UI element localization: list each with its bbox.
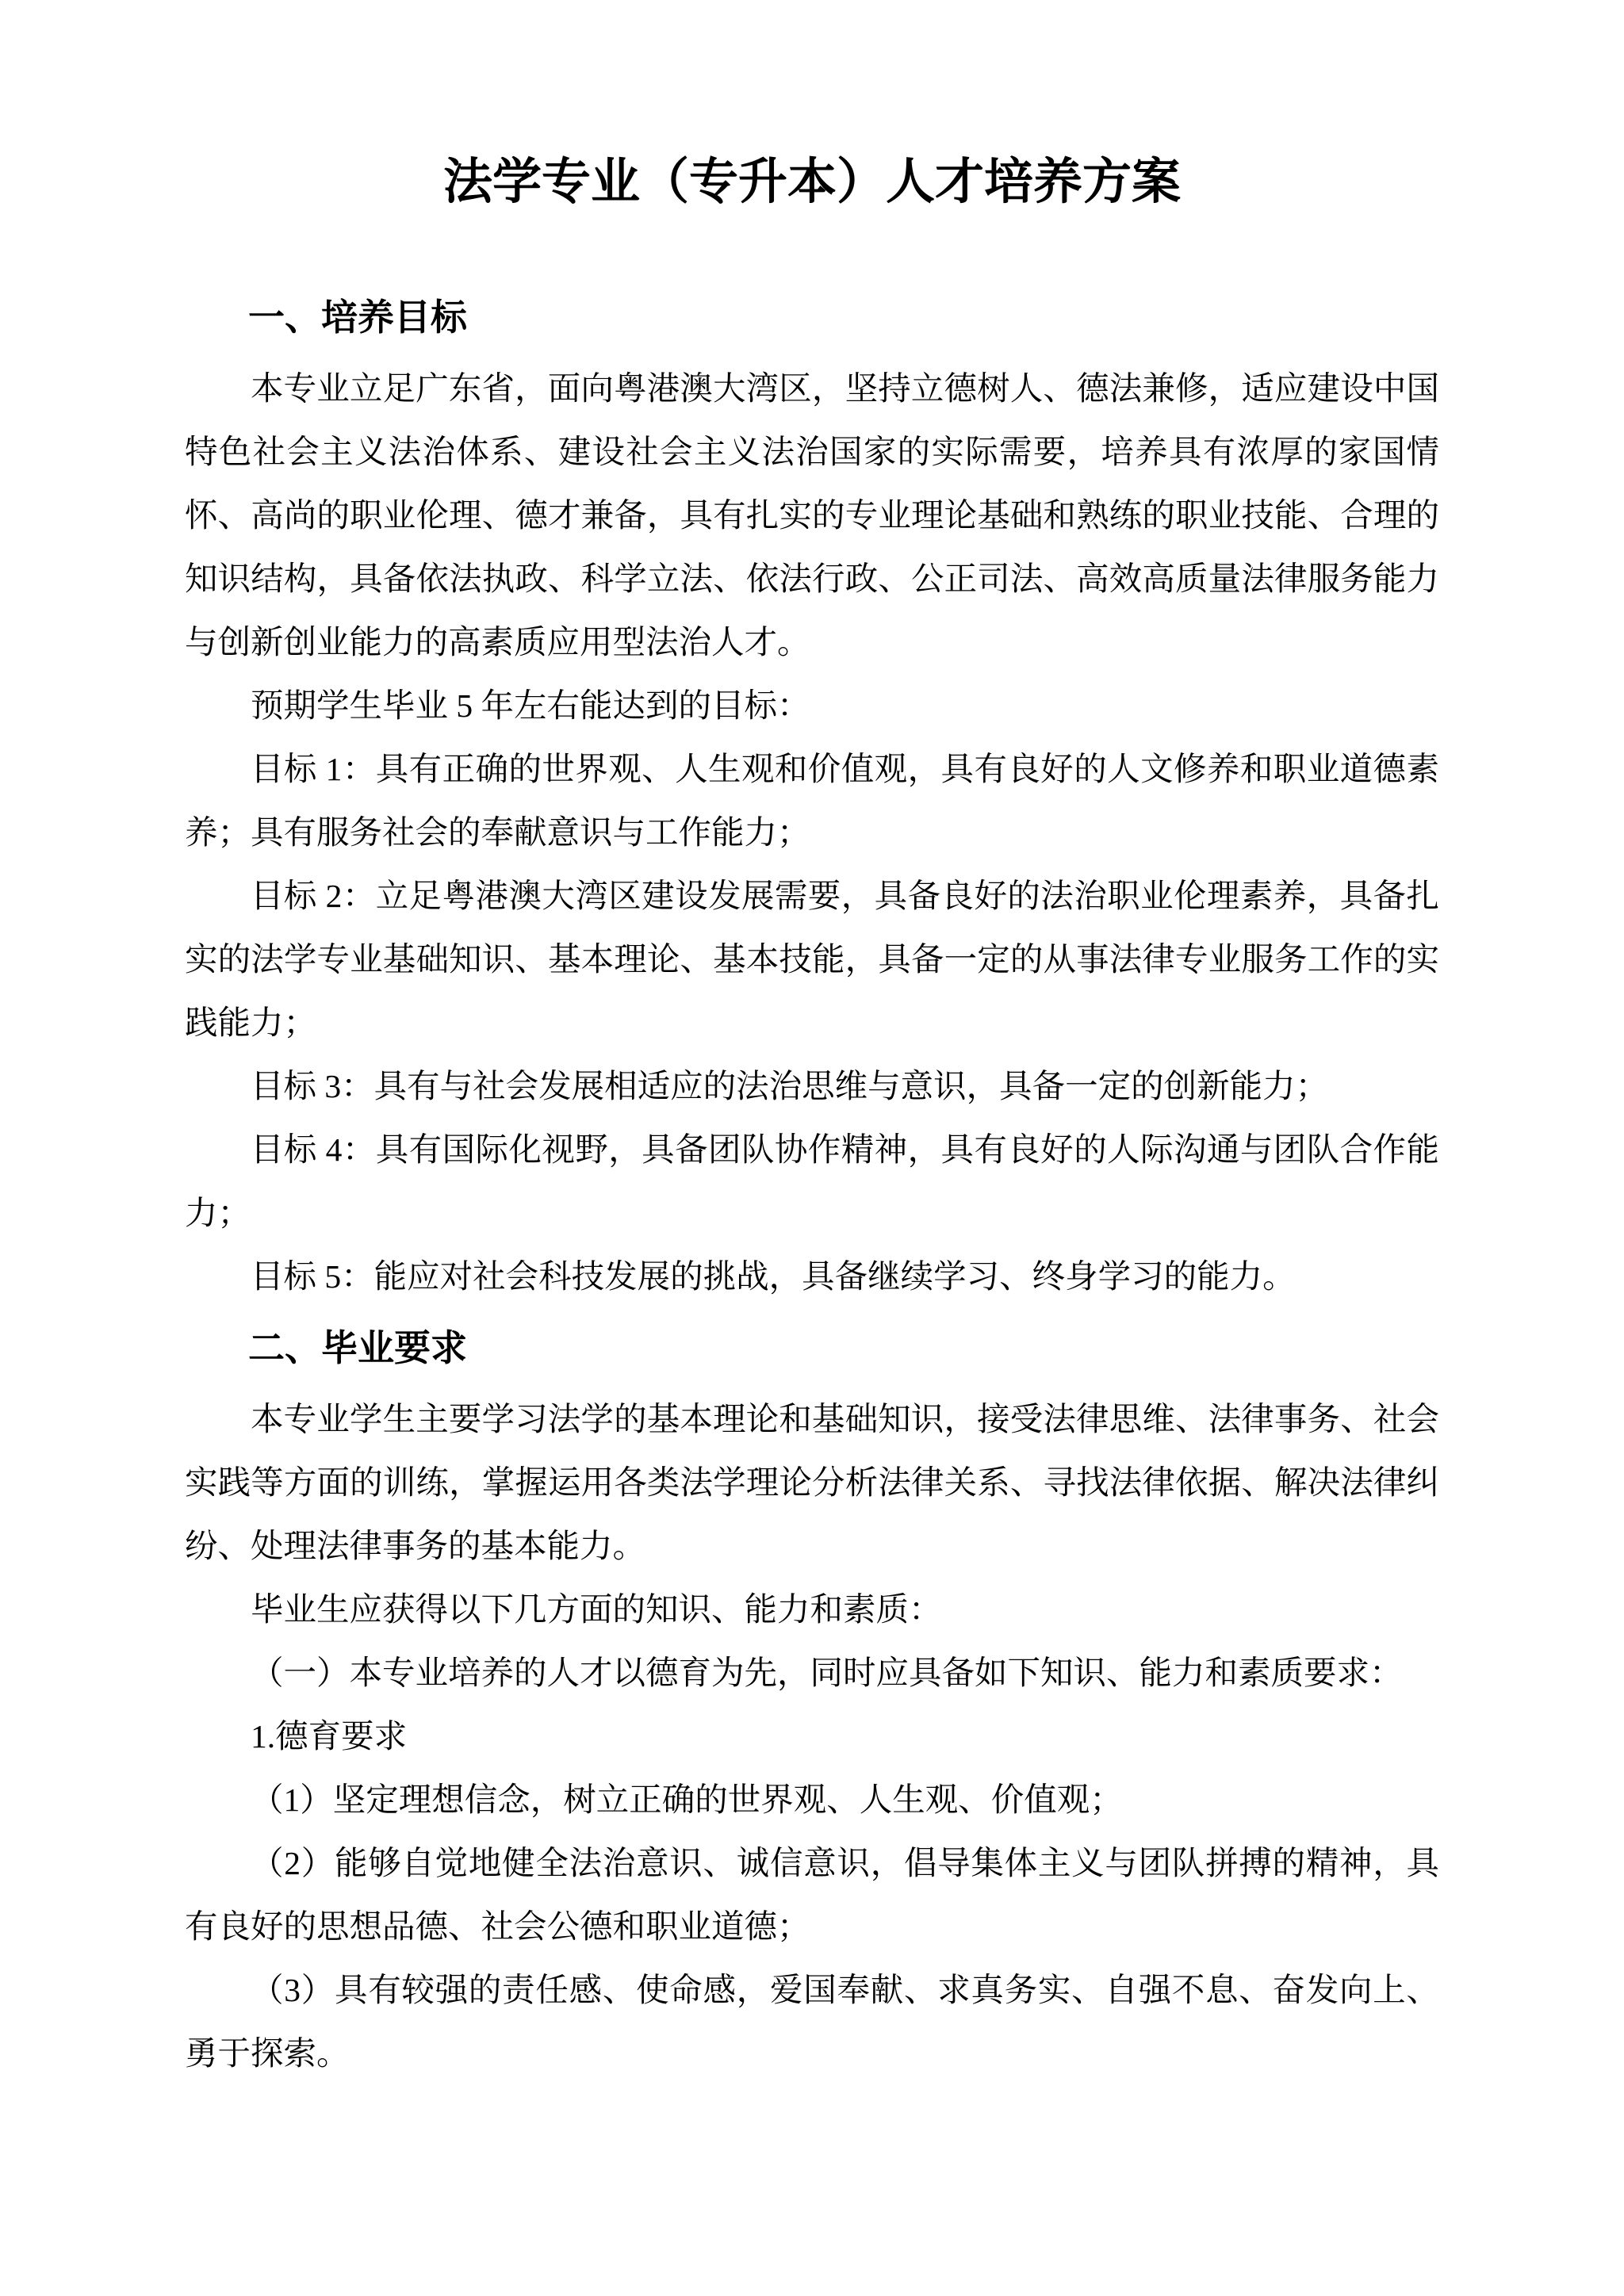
paragraph-moral-education-heading: 1.德育要求 bbox=[185, 1705, 1439, 1768]
paragraph-expected-goals-intro: 预期学生毕业 5 年左右能达到的目标： bbox=[185, 674, 1439, 737]
section-graduation-requirements: 二、毕业要求 本专业学生主要学习法学的基本理论和基础知识，接受法律思维、法律事务… bbox=[185, 1316, 1439, 2085]
paragraph-moral-req-1: （1）坚定理想信念，树立正确的世界观、人生观、价值观； bbox=[185, 1768, 1439, 1831]
paragraph-goal-4: 目标 4：具有国际化视野，具备团队协作精神，具有良好的人际沟通与团队合作能力； bbox=[185, 1118, 1439, 1245]
paragraph-graduate-abilities-intro: 毕业生应获得以下几方面的知识、能力和素质： bbox=[185, 1578, 1439, 1641]
paragraph-goal-5: 目标 5：能应对社会科技发展的挑战，具备继续学习、终身学习的能力。 bbox=[185, 1245, 1439, 1308]
section-1-heading: 一、培养目标 bbox=[185, 285, 1439, 349]
document-page: 法学专业（专升本）人才培养方案 一、培养目标 本专业立足广东省，面向粤港澳大湾区… bbox=[0, 0, 1624, 2296]
paragraph-goal-2: 目标 2：立足粤港澳大湾区建设发展需要，具备良好的法治职业伦理素养，具备扎实的法… bbox=[185, 864, 1439, 1054]
document-title: 法学专业（专升本）人才培养方案 bbox=[185, 151, 1439, 214]
paragraph-item-yi: （一）本专业培养的人才以德育为先，同时应具备如下知识、能力和素质要求： bbox=[185, 1641, 1439, 1705]
document-content: 法学专业（专升本）人才培养方案 一、培养目标 本专业立足广东省，面向粤港澳大湾区… bbox=[0, 0, 1624, 2085]
paragraph-goal-1: 目标 1：具有正确的世界观、人生观和价值观，具有良好的人文修养和职业道德素养；具… bbox=[185, 737, 1439, 864]
section-2-heading: 二、毕业要求 bbox=[185, 1316, 1439, 1380]
paragraph-moral-req-3: （3）具有较强的责任感、使命感，爱国奉献、求真务实、自强不息、奋发向上、勇于探索… bbox=[185, 1958, 1439, 2085]
paragraph-program-overview: 本专业立足广东省，面向粤港澳大湾区，坚持立德树人、德法兼修，适应建设中国特色社会… bbox=[185, 357, 1439, 674]
paragraph-goal-3: 目标 3：具有与社会发展相适应的法治思维与意识，具备一定的创新能力； bbox=[185, 1054, 1439, 1118]
section-training-objectives: 一、培养目标 本专业立足广东省，面向粤港澳大湾区，坚持立德树人、德法兼修，适应建… bbox=[185, 285, 1439, 1308]
paragraph-study-overview: 本专业学生主要学习法学的基本理论和基础知识，接受法律思维、法律事务、社会实践等方… bbox=[185, 1387, 1439, 1578]
paragraph-moral-req-2: （2）能够自觉地健全法治意识、诚信意识，倡导集体主义与团队拼搏的精神，具有良好的… bbox=[185, 1831, 1439, 1958]
